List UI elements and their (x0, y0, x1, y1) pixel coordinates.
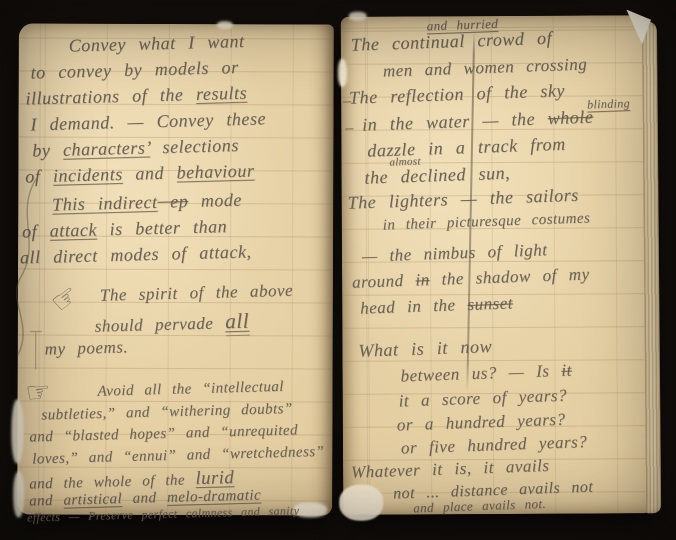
handwritten-line: The continual crowd of (350, 28, 552, 56)
handwritten-line: should pervade all (94, 309, 249, 338)
hw-segment: The lighters — the sailors (347, 185, 579, 213)
handwritten-line: dazzle in a track from (367, 134, 566, 162)
handwritten-line: This indirect ep mode (52, 190, 242, 216)
wear-patch (338, 59, 347, 87)
wear-patch (339, 485, 383, 521)
hw-segment: around (352, 271, 416, 292)
margin-dash: – (345, 120, 354, 138)
handwritten-line: Avoid all the “intellectual (97, 379, 284, 401)
hw-segment: The spirit of the above (100, 281, 294, 305)
hw-segment: Convey what I want (68, 31, 244, 56)
hw-segment: mode (188, 190, 242, 211)
hw-segment: loves,” and “ennui” and “wretchedness” (32, 444, 324, 468)
hw-segment: I demand. — Convey these (30, 108, 266, 134)
hw-segment: head in the (360, 295, 468, 318)
hw-segment-underlined: incidents (53, 164, 123, 186)
hw-segment: or five hundred years? (401, 432, 588, 457)
hw-segment: dazzle in a track from (367, 134, 566, 161)
hw-segment: blinding (587, 96, 630, 111)
wear-patch (349, 12, 367, 21)
hw-segment-underlined: lurid (195, 467, 234, 489)
hw-segment-underlined: results (196, 83, 248, 104)
hw-segment: of (22, 221, 50, 242)
wear-patch (11, 399, 23, 463)
hw-segment: the declined sun, (364, 163, 510, 188)
handwritten-line: of attack is better than (22, 216, 228, 242)
left-page: ☞ ☞ Convey what I want to convey by mode… (17, 23, 334, 515)
hw-segment: in the water — the (362, 108, 548, 134)
handwritten-line: I demand. — Convey these (30, 108, 266, 135)
hw-segment-underlined: behaviour (176, 160, 254, 182)
hw-segment-underlined: attack (49, 220, 97, 241)
hw-segment: and (122, 490, 167, 507)
handwritten-line: it a score of years? (398, 386, 567, 412)
hw-segment: The reflection of the sky (349, 80, 566, 108)
stacked-page-edges (642, 21, 661, 513)
right-page: – – and hurried blinding almost The cont… (341, 15, 656, 515)
hw-segment: illustrations of the (25, 84, 196, 108)
handwritten-line: all direct modes of attack, (20, 241, 252, 268)
handwritten-line: Whatever it is, it avails (351, 456, 550, 483)
handwritten-line: or a hundred years? (396, 410, 565, 436)
inserted-word: blinding (587, 96, 630, 112)
handwritten-line: and “blasted hopes” and “unrequited (29, 422, 298, 446)
wear-patch (217, 21, 233, 29)
hw-segment: to convey by models or (30, 57, 239, 82)
handwritten-line: in their picturesque costumes (382, 210, 590, 234)
hw-segment-underlined: melo-dramatic (167, 487, 262, 505)
hw-segment: should pervade (95, 313, 226, 335)
handwritten-line: — the nimbus of light (362, 240, 548, 266)
handwritten-line: and place avails not. (413, 496, 546, 517)
hw-segment: The continual crowd of (350, 28, 552, 55)
handwritten-line: What is it now (358, 336, 492, 362)
handwritten-line: my poems. (44, 337, 128, 359)
hw-segment: and (122, 163, 176, 184)
hw-segment: What is it now (358, 336, 492, 361)
hw-segment: men and women crossing (383, 54, 588, 80)
handwritten-line: illustrations of the results (25, 83, 247, 110)
hw-segment: the shadow of my (429, 264, 590, 289)
margin-pencil-doodle (6, 173, 49, 383)
hw-segment: — the nimbus of light (362, 240, 548, 265)
hw-segment-double-underlined: all (225, 309, 250, 337)
handwritten-line: subtleties,” and “withering doubts” (41, 401, 293, 425)
hw-segment: all direct modes of attack, (20, 241, 252, 267)
handwritten-line: men and women crossing (383, 54, 588, 81)
handwritten-line: by characters’ selections (32, 135, 239, 161)
hw-segment-struck: whole (547, 107, 593, 129)
hw-segment: by (32, 140, 63, 161)
handwritten-line: the declined sun, (364, 163, 510, 189)
hw-segment-struck: it (561, 361, 572, 380)
handwritten-line: The spirit of the above (100, 281, 294, 306)
handwritten-line: The lighters — the sailors (347, 185, 579, 214)
hw-segment: and “blasted hopes” and “unrequited (29, 422, 298, 445)
hw-segment-struck: in (415, 270, 430, 289)
hw-segment-struck: sunset (467, 293, 513, 314)
handwritten-line: to convey by models or (30, 57, 239, 83)
hw-segment: my poems. (44, 337, 128, 358)
notebook-photo: ☞ ☞ Convey what I want to convey by mode… (0, 0, 676, 540)
handwritten-line: of incidents and behaviour (25, 160, 255, 187)
hw-segment: it a score of years? (398, 386, 567, 411)
hw-segment: subtleties,” and “withering doubts” (41, 401, 293, 424)
handwritten-line: The reflection of the sky (349, 80, 566, 109)
hw-segment-underlined: artistical (63, 491, 122, 509)
handwritten-line: in the water — the whole (362, 107, 594, 136)
handwritten-line: loves,” and “ennui” and “wretchedness” (32, 444, 325, 469)
manicule-icon: ☞ (24, 374, 52, 409)
hw-segment-underlined: characters’ (63, 137, 150, 159)
handwritten-line: Convey what I want (68, 31, 244, 57)
handwritten-line: between us? — Is it (400, 361, 572, 387)
hw-segment: selections (150, 135, 239, 157)
handwritten-line: around in the shadow of my (352, 264, 590, 292)
hw-segment: of (25, 166, 53, 187)
handwritten-line: or five hundred years? (401, 432, 588, 458)
hw-segment: and place avails not. (413, 496, 546, 516)
hw-segment: between us? — Is (400, 361, 562, 386)
hw-segment: and (29, 493, 64, 510)
hw-segment: Avoid all the “intellectual (97, 379, 284, 400)
hw-segment: is better than (97, 216, 228, 239)
hw-segment: or a hundred years? (396, 410, 565, 435)
hw-segment-underlined: This indirect (52, 192, 158, 215)
hw-segment-struck: ep (157, 191, 188, 212)
hw-segment: Whatever it is, it avails (351, 456, 550, 482)
handwritten-line: head in the sunset (360, 293, 513, 318)
manicule-icon: ☞ (44, 277, 87, 321)
wear-patch (13, 471, 24, 517)
hw-segment: in their picturesque costumes (382, 210, 590, 233)
hw-segment: – (345, 120, 354, 137)
